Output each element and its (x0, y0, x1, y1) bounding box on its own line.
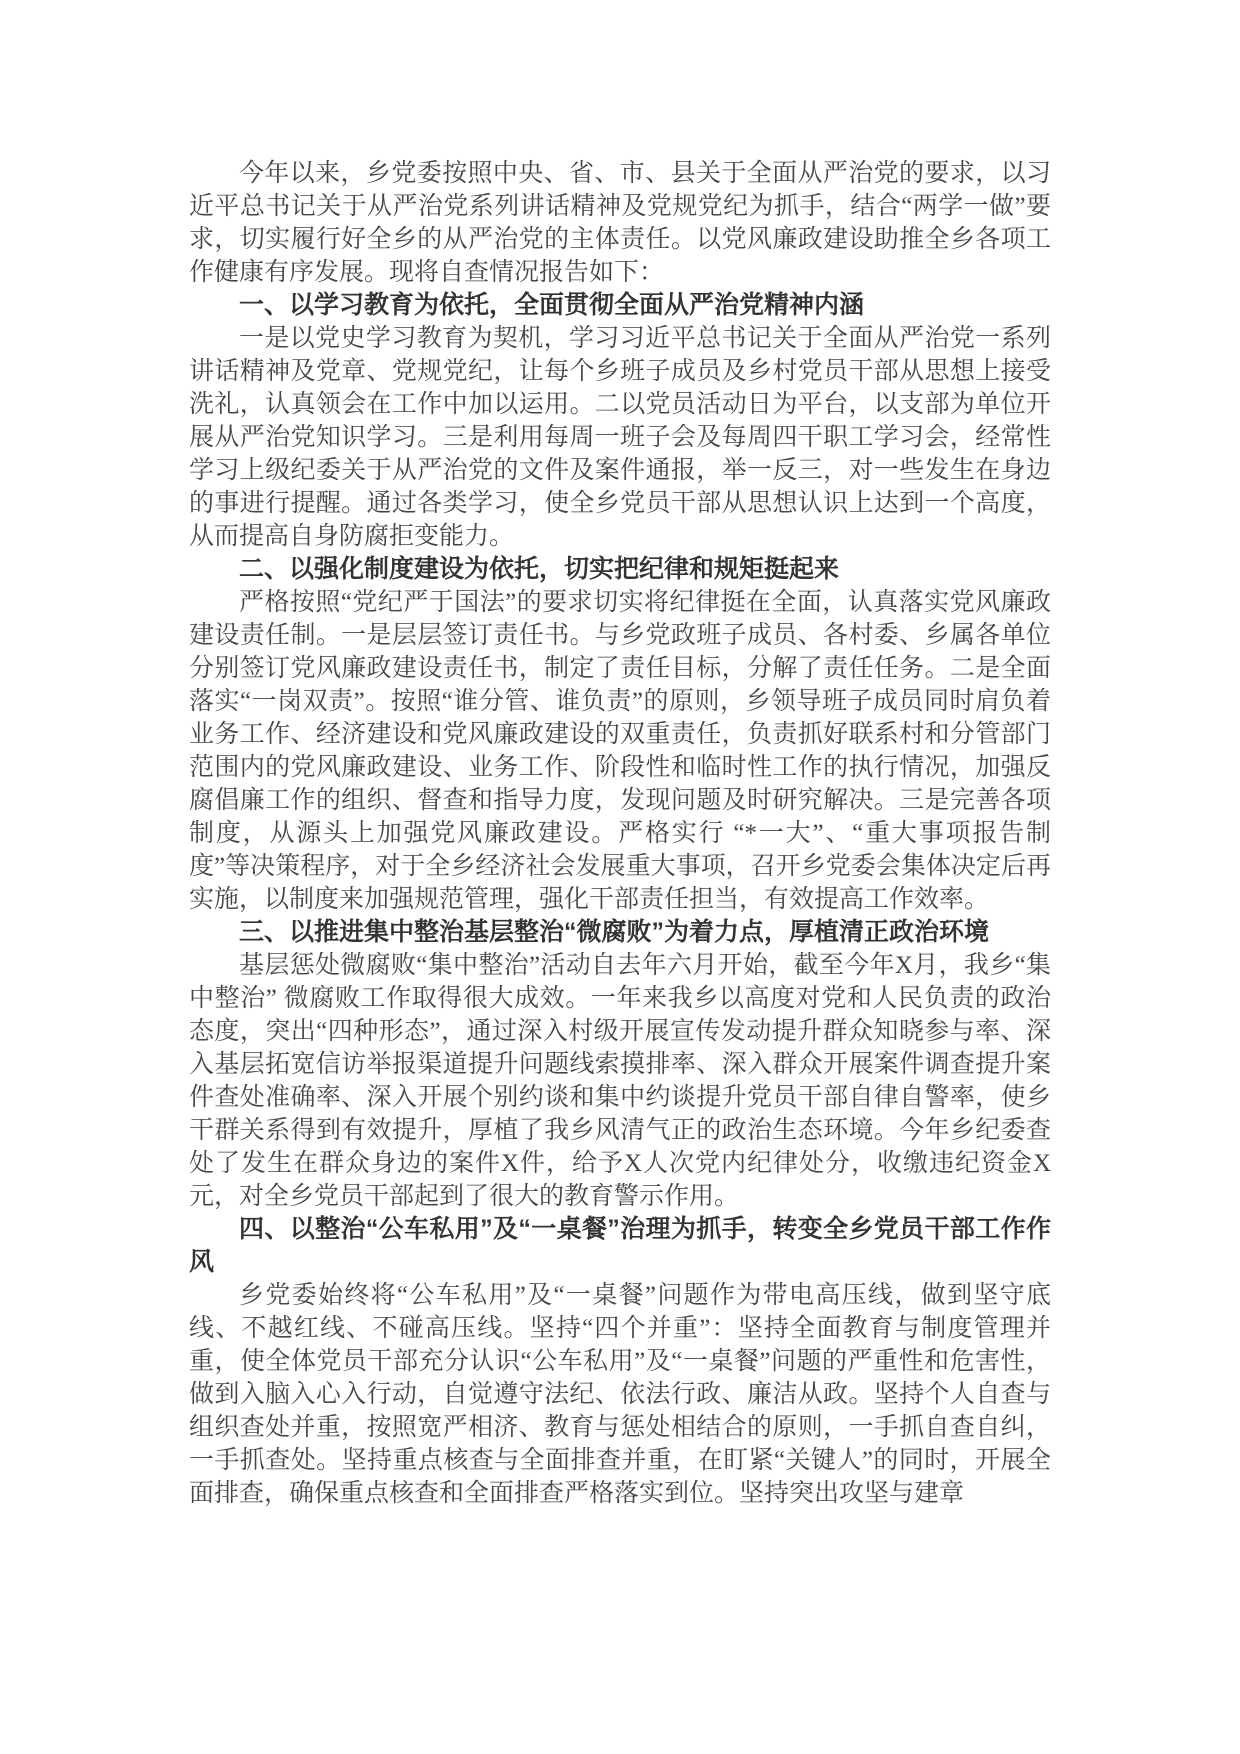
heading-section-3: 三、以推进集中整治基层整治“微腐败”为着力点，厚植清正政治环境 (189, 916, 1051, 949)
paragraph-intro: 今年以来，乡党委按照中央、省、市、县关于全面从严治党的要求，以习近平总书记关于从… (189, 157, 1051, 289)
document-body: 今年以来，乡党委按照中央、省、市、县关于全面从严治党的要求，以习近平总书记关于从… (189, 157, 1051, 1510)
paragraph-section-2: 严格按照“党纪严于国法”的要求切实将纪律挺在全面，认真落实党风廉政建设责任制。一… (189, 586, 1051, 916)
paragraph-section-3: 基层惩处微腐败“集中整治”活动自去年六月开始，截至今年X月，我乡“集中整治” 微… (189, 949, 1051, 1213)
heading-section-4: 四、以整治“公车私用”及“一桌餐”治理为抓手，转变全乡党员干部工作作风 (189, 1213, 1051, 1279)
heading-section-2: 二、以强化制度建设为依托，切实把纪律和规矩挺起来 (189, 553, 1051, 586)
document-page: 今年以来，乡党委按照中央、省、市、县关于全面从严治党的要求，以习近平总书记关于从… (0, 0, 1240, 1754)
paragraph-section-1: 一是以党史学习教育为契机，学习习近平总书记关于全面从严治党一系列讲话精神及党章、… (189, 322, 1051, 553)
paragraph-section-4: 乡党委始终将“公车私用”及“一桌餐”问题作为带电高压线，做到坚守底线、不越红线、… (189, 1279, 1051, 1510)
heading-section-1: 一、以学习教育为依托，全面贯彻全面从严治党精神内涵 (189, 289, 1051, 322)
